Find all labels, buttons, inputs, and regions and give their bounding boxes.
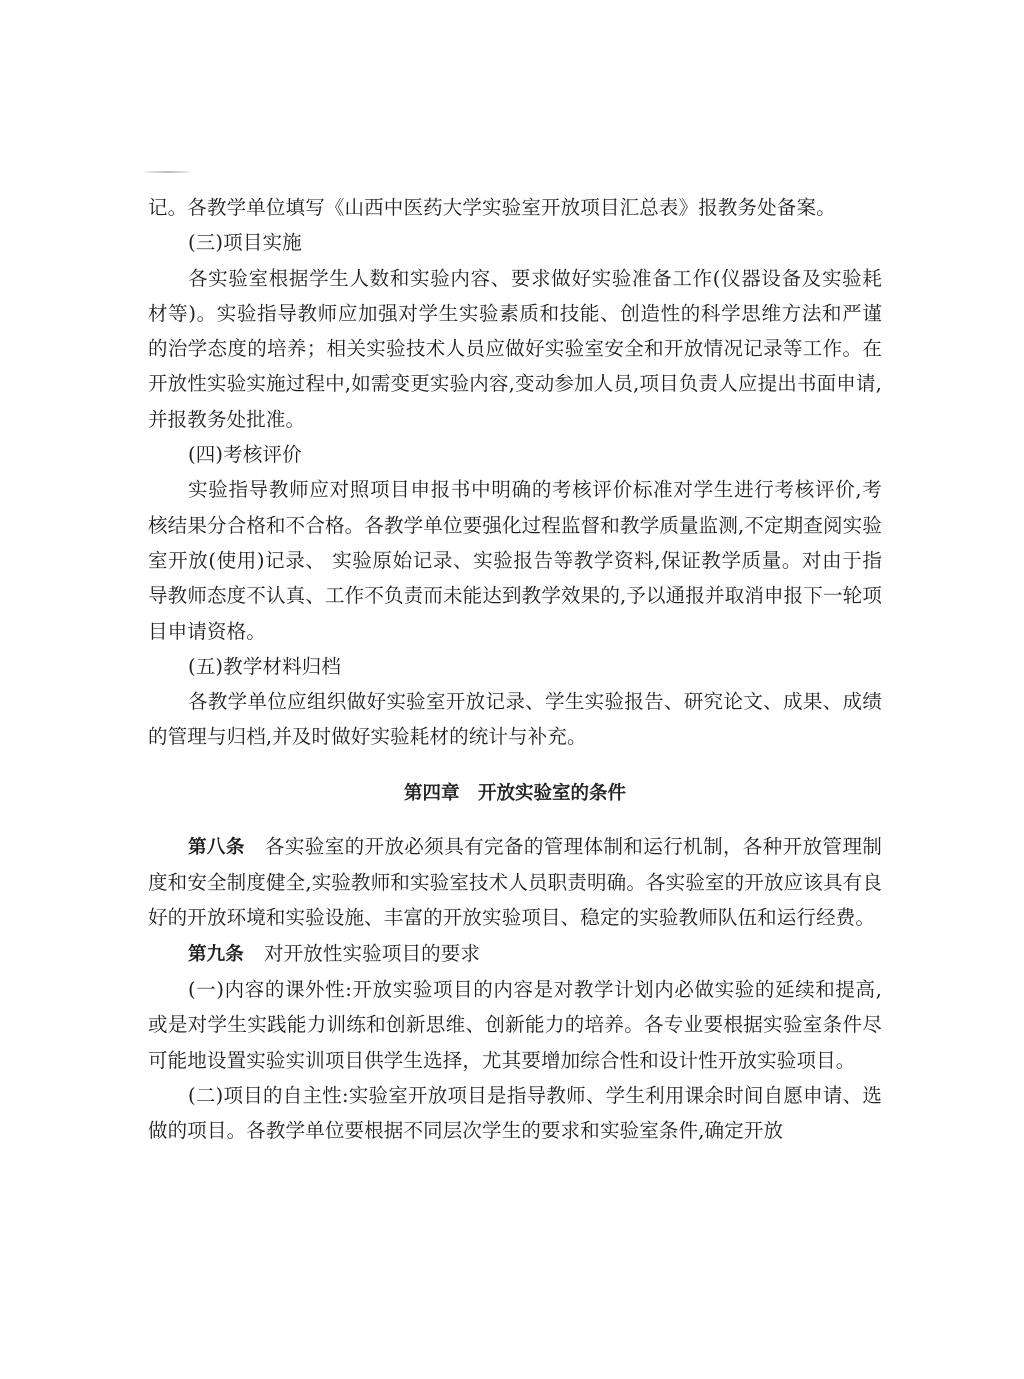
section-title-implementation: (三)项目实施 xyxy=(148,225,882,260)
article-9-item-2: (二)项目的自主性:实验室开放项目是指导教师、学生利用课余时间自愿申请、选做的项… xyxy=(148,1078,882,1149)
article-8-body: 各实验室的开放必须具有完备的管理体制和运行机制，各种开放管理制度和安全制度健全,… xyxy=(148,835,882,930)
article-9-label: 第九条 xyxy=(188,944,244,965)
chapter-heading: 第四章 开放实验室的条件 xyxy=(148,777,882,811)
scan-artifact-mark xyxy=(145,171,190,173)
section-body-assessment: 实验指导教师应对照项目申报书中明确的考核评价标准对学生进行考核评价,考核结果分合… xyxy=(148,472,882,648)
article-9: 第九条对开放性实验项目的要求 xyxy=(148,936,882,972)
section-body-implementation: 各实验室根据学生人数和实验内容、要求做好实验准备工作(仪器设备及实验耗材等)。实… xyxy=(148,261,882,437)
article-9-item-1: (一)内容的课外性:开放实验项目的内容是对教学计划内必做实验的延续和提高,或是对… xyxy=(148,972,882,1078)
section-title-archiving: (五)教学材料归档 xyxy=(148,649,882,684)
article-8-label: 第八条 xyxy=(188,837,245,858)
paragraph-continuation: 记。各教学单位填写《山西中医药大学实验室开放项目汇总表》报教务处备案。 xyxy=(148,190,882,225)
article-9-title: 对开放性实验项目的要求 xyxy=(264,942,480,965)
document-page: 记。各教学单位填写《山西中医药大学实验室开放项目汇总表》报教务处备案。 (三)项… xyxy=(148,190,882,1148)
article-8: 第八条各实验室的开放必须具有完备的管理体制和运行机制，各种开放管理制度和安全制度… xyxy=(148,829,882,936)
section-title-assessment: (四)考核评价 xyxy=(148,437,882,472)
section-body-archiving: 各教学单位应组织做好实验室开放记录、学生实验报告、研究论文、成果、成绩的管理与归… xyxy=(148,684,882,755)
